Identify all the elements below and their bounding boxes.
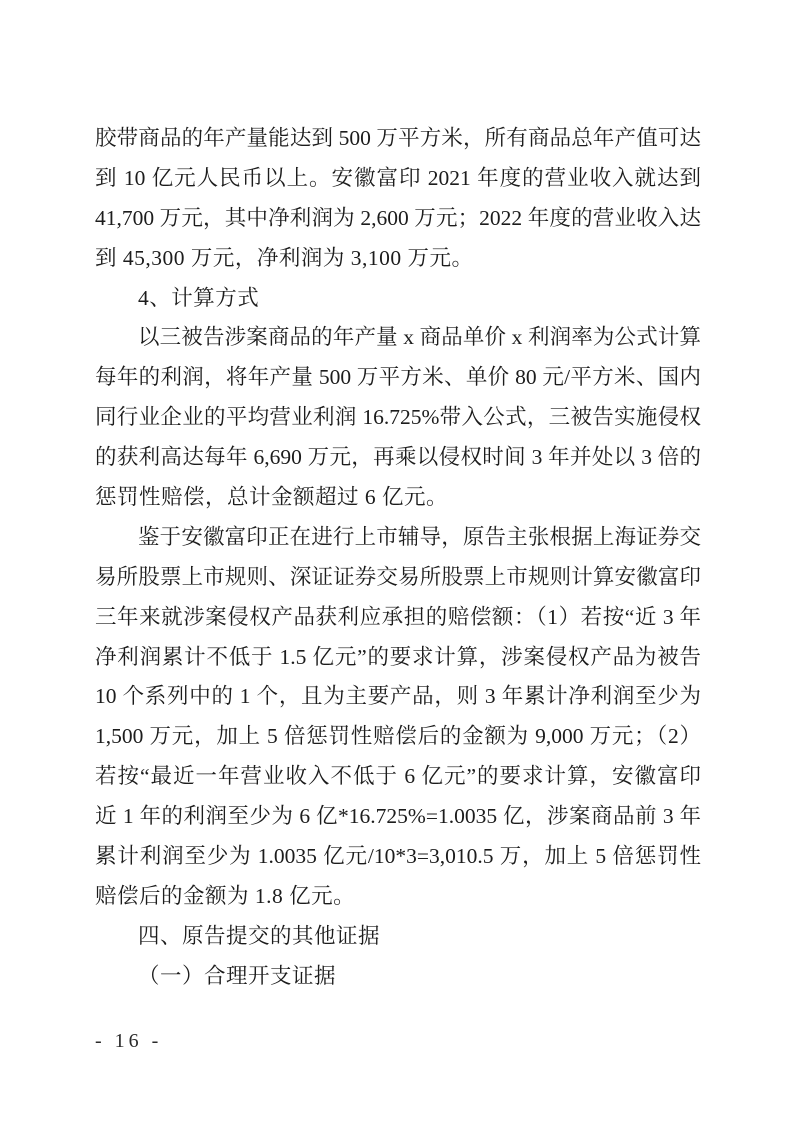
text-line: 的获利高达每年 6,690 万元，再乘以侵权时间 3 年并处以 3 倍的 (95, 438, 701, 478)
document-page: 胶带商品的年产量能达到 500 万平方米，所有商品总年产值可达 到 10 亿元人… (0, 0, 794, 1123)
text-line: 易所股票上市规则、深证证券交易所股票上市规则计算安徽富印 (95, 558, 701, 598)
section-heading: （一）合理开支证据 (95, 957, 701, 997)
text-line: 同行业企业的平均营业利润 16.725%带入公式，三被告实施侵权 (95, 398, 701, 438)
text-line: 10 个系列中的 1 个，且为主要产品，则 3 年累计净利润至少为 (95, 677, 701, 717)
text-line: 以三被告涉案商品的年产量 x 商品单价 x 利润率为公式计算 (95, 318, 701, 358)
text-line: 41,700 万元，其中净利润为 2,600 万元；2022 年度的营业收入达 (95, 199, 701, 239)
text-line: 到 45,300 万元，净利润为 3,100 万元。 (95, 239, 701, 279)
text-line: 近 1 年的利润至少为 6 亿*16.725%=1.0035 亿，涉案商品前 3… (95, 797, 701, 837)
text-line: 惩罚性赔偿，总计金额超过 6 亿元。 (95, 478, 701, 518)
text-line: 每年的利润，将年产量 500 万平方米、单价 80 元/平方米、国内 (95, 358, 701, 398)
text-block: 胶带商品的年产量能达到 500 万平方米，所有商品总年产值可达 到 10 亿元人… (95, 119, 701, 997)
text-line: 若按“最近一年营业收入不低于 6 亿元”的要求计算，安徽富印 (95, 757, 701, 797)
section-heading: 四、原告提交的其他证据 (95, 917, 701, 957)
section-heading: 4、计算方式 (95, 279, 701, 319)
text-line: 到 10 亿元人民币以上。安徽富印 2021 年度的营业收入就达到 (95, 159, 701, 199)
text-line: 三年来就涉案侵权产品获利应承担的赔偿额：（1）若按“近 3 年 (95, 598, 701, 638)
page-number: - 16 - (95, 1030, 162, 1053)
text-line: 赔偿后的金额为 1.8 亿元。 (95, 877, 701, 917)
text-line: 胶带商品的年产量能达到 500 万平方米，所有商品总年产值可达 (95, 119, 701, 159)
text-line: 净利润累计不低于 1.5 亿元”的要求计算，涉案侵权产品为被告 (95, 638, 701, 678)
text-line: 1,500 万元，加上 5 倍惩罚性赔偿后的金额为 9,000 万元；（2） (95, 717, 701, 757)
text-line: 鉴于安徽富印正在进行上市辅导，原告主张根据上海证券交 (95, 518, 701, 558)
text-line: 累计利润至少为 1.0035 亿元/10*3=3,010.5 万，加上 5 倍惩… (95, 837, 701, 877)
